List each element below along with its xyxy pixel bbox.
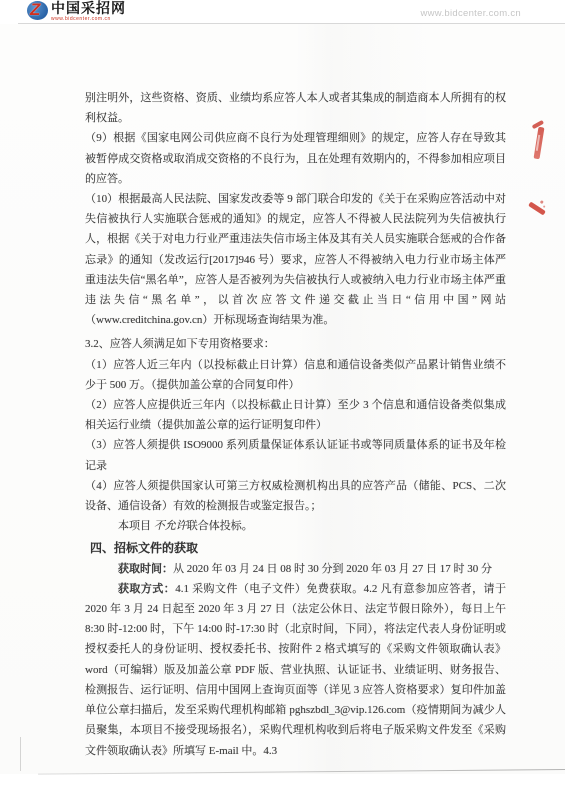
paragraph-req1: （1）应答人近三年内（以投标截止日计算）信息和通信设备类似产品累计销售业绩不少于… [85, 355, 506, 395]
paragraph-item9: （9）根据《国家电网公司供应商不良行为处理管理细则》的规定，应答人存在导致其被暂… [85, 128, 506, 189]
paragraph-req4: （4）应答人须提供国家认可第三方权威检测机构出具的应答产品（储能、PCS、二次设… [85, 476, 506, 516]
paragraph-no-consortium: 本项目 不允许联合体投标。 [85, 516, 506, 536]
globe-logo-icon: Z [27, 1, 48, 20]
scanned-bid-document-page: { "header": { "site_name": "中国采招网", "log… [0, 0, 565, 800]
italic-emphasis: 不允许 [154, 520, 187, 532]
section-heading-4: 四、招标文件的获取 [90, 538, 506, 558]
bold-label: 获取方式： [118, 583, 175, 595]
scan-left-edge [20, 737, 21, 771]
scanned-page: 别注明外，这些资格、资质、业绩均系应答人本人或者其集成的制造商本人所拥有的权利权… [0, 24, 565, 774]
paragraph-obtain-time: 获取时间：从 2020 年 03 月 24 日 08 时 30 分到 2020 … [85, 559, 506, 579]
paragraph-item10: （10）根据最高人民法院、国家发改委等 9 部门联合印发的《关于在采购应答活动中… [85, 189, 506, 330]
site-header: Z 中国采招网 www.bidcenter.com.cn www.bidcent… [0, 0, 565, 23]
site-logo: Z 中国采招网 www.bidcenter.com.cn [27, 1, 126, 22]
paragraph-req3: （3）应答人须提供 ISO9000 系列质量保证体系认证证书或等同质量体系的证书… [85, 435, 506, 475]
bold-label: 获取时间： [118, 563, 173, 575]
logo-sub-url: www.bidcenter.com.cn [51, 16, 126, 22]
header-right-url: www.bidcenter.com.cn [420, 8, 521, 19]
paragraph-req2: （2）应答人应提供近三年内（以投标截止日计算）至少 3 个信息和通信设备类似集成… [85, 395, 506, 435]
paragraph-3-2: 3.2、应答人须满足如下专用资格要求： [85, 334, 506, 354]
site-name: 中国采招网 [51, 1, 126, 16]
document-content: 别注明外，这些资格、资质、业绩均系应答人本人或者其集成的制造商本人所拥有的权利权… [85, 88, 506, 761]
paragraph-rights: 别注明外，这些资格、资质、业绩均系应答人本人或者其集成的制造商本人所拥有的权利权… [85, 88, 506, 128]
paragraph-obtain-method: 获取方式：4.1 采购文件（电子文件）免费获取。4.2 凡有意参加应答者，请于 … [85, 579, 506, 761]
